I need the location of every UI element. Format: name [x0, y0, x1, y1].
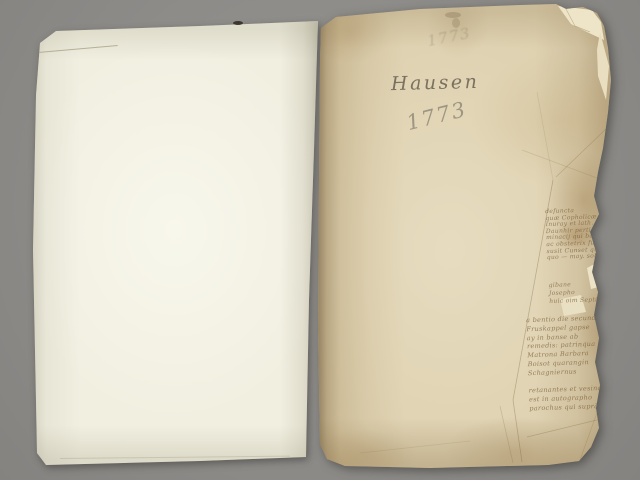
marginalia-line: Daunhir pertin — [546, 227, 612, 236]
marginalia-line: ac obstetrix fuit — [546, 240, 612, 249]
marginalia-line: Josepho — [549, 288, 604, 298]
marginalia-line: Inuray et lath. — [546, 220, 612, 229]
torn-edge-chip — [0, 0, 640, 480]
smudge-mark — [445, 12, 461, 18]
marginalia-line: Boisot quarangin — [527, 358, 597, 369]
ink-spot — [233, 21, 243, 25]
marginalia-line: gibane — [549, 280, 604, 290]
marginalia-line: ay in banse ab — [527, 331, 597, 342]
scanned-book-photo: 1773 Hausen 1773 defuncta quæ Copholicæ … — [0, 0, 640, 480]
left-page-shadow — [0, 0, 640, 480]
marginalia-line: defuncta — [545, 207, 611, 216]
blank-left-page — [0, 0, 640, 480]
handwritten-year: 1773 — [404, 97, 469, 135]
marginalia-fragment-block: gibane Josepho huic oim Septid. — [549, 280, 604, 306]
marginalia-line: quæ Copholicæ — [545, 213, 611, 222]
marginalia-line: susit Cunset qua su — [546, 246, 612, 255]
cover-page-shadow: 1773 Hausen 1773 defuncta quæ Copholicæ … — [0, 0, 640, 480]
torn-edge-chip — [0, 0, 640, 480]
marginalia-line: Schagniernus — [528, 367, 598, 378]
marginalia-line: quo — may. soli — [547, 253, 613, 262]
under-sheet-edge — [60, 456, 290, 459]
handwritten-title: Hausen — [391, 71, 480, 95]
marginalia-line: huic oim Septid. — [549, 296, 604, 306]
marginalia-line: est in autographo — [529, 392, 614, 404]
marginalia-line: Matrona Barbara — [527, 349, 597, 360]
torn-corner-fragment — [0, 0, 640, 480]
marginalia-line: Fruskappel gapse — [526, 323, 596, 334]
marginalia-line: a bentio die secund — [526, 314, 596, 325]
marginalia-line: parochus qui suprà — [529, 401, 614, 413]
marginalia-fragment-block: retanantes et vesinatist est in autograp… — [529, 384, 615, 413]
ghost-year-offset-mark: 1773 — [426, 24, 473, 50]
marginalia-line: remedis: patrinqua — [527, 340, 597, 351]
marginalia-line: retanantes et vesinatist — [529, 384, 614, 396]
manuscript-cover-page: 1773 Hausen 1773 defuncta quæ Copholicæ … — [0, 0, 640, 480]
smudge-mark — [452, 18, 460, 28]
marginalia-line: minacij qui banse — [546, 233, 612, 242]
crease-lines — [0, 0, 640, 480]
marginalia-fragment-block: defuncta quæ Copholicæ Inuray et lath. D… — [545, 207, 612, 262]
under-sheet-edge — [38, 45, 118, 53]
torn-edge-fragment — [0, 0, 640, 480]
marginalia-fragment-block: a bentio die secund Fruskappel gapse ay … — [526, 314, 598, 378]
